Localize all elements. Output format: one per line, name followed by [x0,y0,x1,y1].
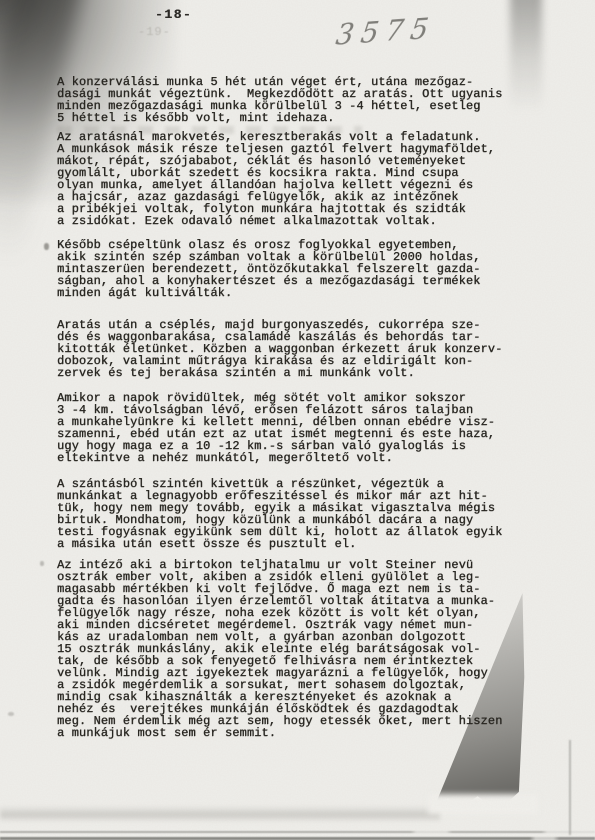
paragraph-1: A konzerválási munka 5 hét után véget ér… [57,76,502,124]
page-number: -18- [155,8,192,22]
paragraph-3: Később csépeltünk olasz és orosz foglyok… [57,239,480,299]
paper-edge-line [569,740,571,835]
paragraph-7: Az intéző aki a birtokon teljhatalmu ur … [57,559,502,739]
paragraph-6: A szántásból szintén kivettük a részünke… [57,478,502,550]
ghost-page-number: -19- [138,25,171,39]
pencil-speck [8,712,14,716]
scan-streak-top-right [510,0,542,112]
pencil-speck [44,243,49,250]
paragraph-4: Aratás után a cséplés, majd burgonyaszed… [57,319,502,379]
scan-smudge-bottom [0,806,440,822]
scanned-document-page: -18- -19- 3575 A konzerválási munka 5 hé… [0,0,595,840]
pencil-speck [40,561,44,566]
scanner-edge-line [0,831,595,833]
fold-torn-edge [428,794,538,814]
paragraph-2: Az aratásnál marokvetés, keresztberakás … [57,131,495,227]
handwritten-number: 3575 [334,12,438,51]
paragraph-5: Amikor a napok rövidültek, még sötét vol… [57,392,495,464]
